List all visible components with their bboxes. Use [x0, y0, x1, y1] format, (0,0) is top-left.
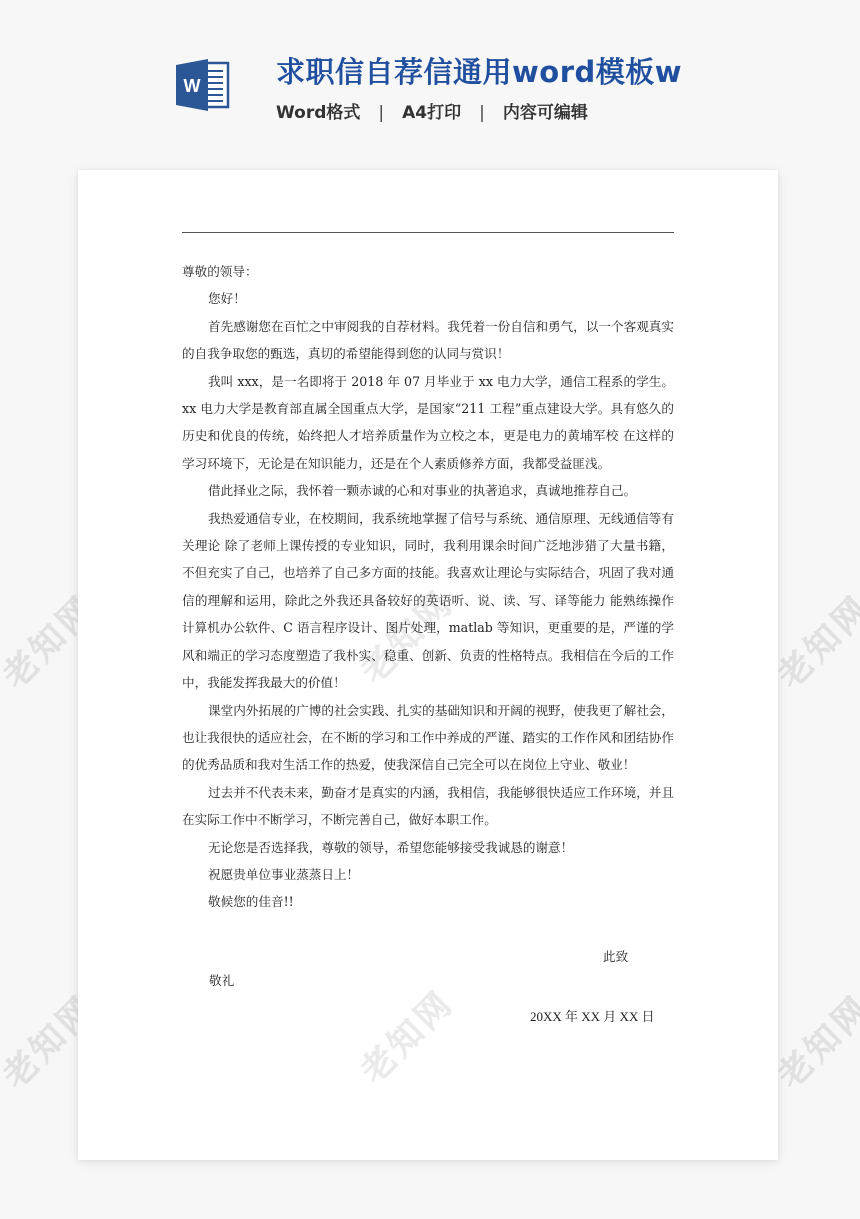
document-title: 求职信自荐信通用word模板w [276, 52, 682, 92]
page-header: W 求职信自荐信通用word模板w Word格式 | A4打印 | 内容可编辑 [0, 0, 860, 150]
paragraph: 我叫 xxx，是一名即将于 2018 年 07 月毕业于 xx 电力大学，通信工… [182, 368, 674, 478]
closing-jingli: 敬礼 [209, 970, 234, 989]
watermark: 老知网 [764, 982, 860, 1097]
paragraph: 借此择业之际，我怀着一颗赤诚的心和对事业的执著追求，真诚地推荐自己。 [182, 477, 674, 504]
tag-editable: 内容可编辑 [503, 101, 588, 125]
paragraph: 无论您是否选择我，尊敬的领导，希望您能够接受我诚恳的谢意！ [182, 834, 674, 861]
document-page: 老知网 老知网 尊敬的领导： 您好！ 首先感谢您在百忙之中审阅我的自荐材料。我凭… [78, 170, 778, 1160]
tag-format: Word格式 [276, 101, 360, 125]
paragraph: 过去并不代表未来，勤奋才是真实的内涵，我相信，我能够很快适应工作环境，并且在实际… [182, 779, 674, 834]
closing-cizhi: 此致 [603, 946, 628, 965]
word-document-icon: W [174, 57, 230, 113]
tag-print: A4打印 [402, 101, 461, 125]
watermark: 老知网 [764, 582, 860, 697]
salutation: 尊敬的领导： [182, 258, 674, 285]
tag-separator: | [378, 101, 384, 125]
watermark: 老知网 [347, 977, 462, 1092]
letter-body: 尊敬的领导： 您好！ 首先感谢您在百忙之中审阅我的自荐材料。我凭着一份自信和勇气… [182, 258, 674, 916]
paragraph: 我热爱通信专业，在校期间，我系统地掌握了信号与系统、通信原理、无线通信等有关理论… [182, 505, 674, 697]
document-tags: Word格式 | A4打印 | 内容可编辑 [276, 101, 588, 125]
tag-separator: | [479, 101, 485, 125]
paragraph: 祝愿贵单位事业蒸蒸日上！ [182, 861, 674, 888]
header-rule [182, 232, 674, 233]
paragraph: 首先感谢您在百忙之中审阅我的自荐材料。我凭着一份自信和勇气，以一个客观真实的自我… [182, 313, 674, 368]
paragraph: 敬候您的佳音!! [182, 888, 674, 915]
letter-date: 20XX 年 XX 月 XX 日 [530, 1006, 655, 1025]
paragraph: 您好！ [182, 285, 674, 312]
svg-text:W: W [184, 76, 201, 96]
paragraph: 课堂内外拓展的广博的社会实践、扎实的基础知识和开阔的视野，使我更了解社会，也让我… [182, 697, 674, 779]
